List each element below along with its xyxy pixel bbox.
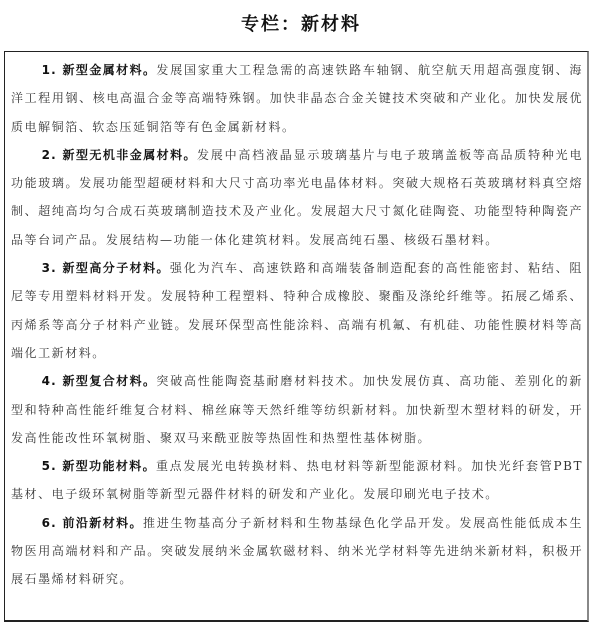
- section-new-polymer-materials: 3. 新型高分子材料。强化为汽车、高速铁路和高端装备制造配套的高性能密封、粘结、…: [11, 254, 583, 367]
- section-heading: 3. 新型高分子材料。: [42, 261, 170, 275]
- page-title: 专栏：新材料: [0, 10, 602, 36]
- section-new-composite-materials: 4. 新型复合材料。突破高性能陶瓷基耐磨材料技术。加快发展仿真、高功能、差别化的…: [11, 367, 583, 452]
- section-heading: 5. 新型功能材料。: [42, 459, 156, 473]
- section-body: 强化为汽车、高速铁路和高端装备制造配套的高性能密封、粘结、阻尼等专用塑料材料开发…: [11, 261, 583, 360]
- section-new-inorganic-nonmetal-materials: 2. 新型无机非金属材料。发展中高档液晶显示玻璃基片与电子玻璃盖板等高品质特种光…: [11, 141, 583, 254]
- section-new-metal-materials: 1. 新型金属材料。发展国家重大工程急需的高速铁路车轴钢、航空航天用超高强度钢、…: [11, 56, 583, 141]
- section-heading: 6. 前沿新材料。: [42, 516, 143, 530]
- section-heading: 1. 新型金属材料。: [42, 63, 157, 77]
- section-frontier-new-materials: 6. 前沿新材料。推进生物基高分子新材料和生物基绿色化学品开发。发展高性能低成本…: [11, 509, 583, 594]
- column-box: 1. 新型金属材料。发展国家重大工程急需的高速铁路车轴钢、航空航天用超高强度钢、…: [4, 51, 589, 622]
- section-heading: 4. 新型复合材料。: [42, 374, 157, 388]
- section-heading: 2. 新型无机非金属材料。: [42, 148, 197, 162]
- section-body: 发展中高档液晶显示玻璃基片与电子玻璃盖板等高品质特种光电功能玻璃。发展功能型超硬…: [11, 148, 583, 247]
- section-new-functional-materials: 5. 新型功能材料。重点发展光电转换材料、热电材料等新型能源材料。加快光纤套管P…: [11, 452, 583, 509]
- column-content: 1. 新型金属材料。发展国家重大工程急需的高速铁路车轴钢、航空航天用超高强度钢、…: [11, 56, 583, 594]
